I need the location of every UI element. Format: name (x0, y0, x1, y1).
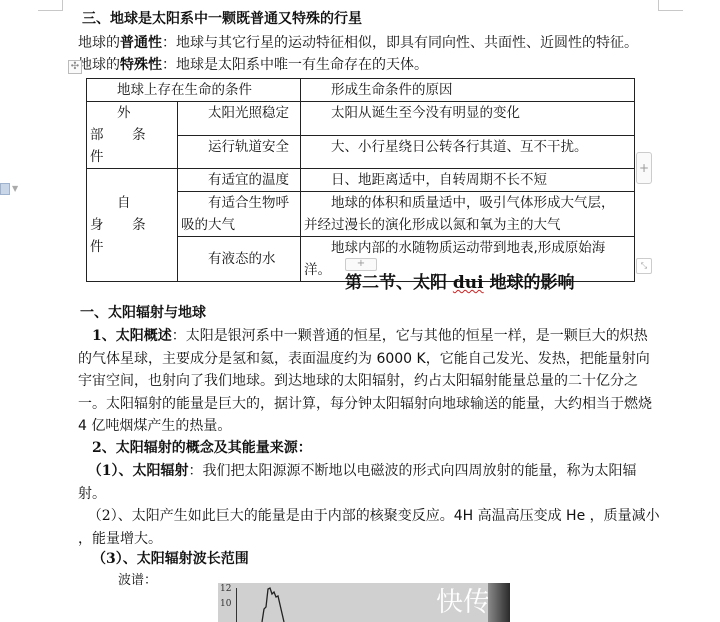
part1-title: 一、太阳辐射与地球 (80, 303, 206, 323)
header-conditions[interactable]: 地球上存在生命的条件 (87, 79, 301, 102)
special-term: 特殊性 (120, 57, 162, 73)
special-prefix: 地球的 (78, 57, 120, 73)
page-corner-mark (38, 0, 63, 11)
table-resize-handle-icon[interactable]: ⤡ (636, 258, 652, 274)
special-line: 地球的特殊性：地球是太阳系中唯一有生命存在的天体。 (78, 55, 428, 75)
header-reasons[interactable]: 形成生命条件的原因 (301, 79, 635, 102)
sun-overview-paragraph: 1、太阳概述：太阳是银河系中一颗普通的恒星，它与其他的恒星一样，是一颗巨大的炽热… (78, 325, 660, 438)
ordinary-text: ：地球与其它行星的运动特征相似，即具有同向性、共面性、近圆性的特征。 (162, 35, 638, 51)
overview-label: 1、太阳概述 (92, 328, 172, 344)
watermark-text: 快传 (436, 583, 490, 622)
condition-cell[interactable]: 有液态的水 (178, 237, 301, 282)
table-row: 自 身 条 件 有适宜的温度 日、地距离适中，自转周期不长不短 (87, 169, 635, 192)
definition-paragraph: （1）、太阳辐射：我们把太阳源源不断地以电磁波的形式向四周放射的能量，称为太阳辐… (78, 460, 660, 505)
document-icon[interactable] (0, 183, 10, 195)
spectrum-figure: 12 10 快传 (218, 583, 510, 622)
special-text: ：地球是太阳系中唯一有生命存在的天体。 (162, 57, 428, 73)
group-label-external[interactable]: 外 部 条 件 (87, 102, 178, 169)
energy-label: （2） (88, 508, 118, 524)
page-corner-mark (658, 0, 683, 11)
reason-cell[interactable]: 地球的体积和质量适中，吸引气体形成大气层， 并经过漫长的演化形成以氮和氧为主的大… (301, 192, 635, 237)
definition-label: （1）、太阳辐射 (88, 463, 189, 479)
group-label-line: 自 身 条 (90, 192, 174, 236)
section-3-title: 三、地球是太阳系中一颗既普通又特殊的行星 (82, 9, 362, 29)
dropdown-caret-icon[interactable]: ▼ (12, 184, 18, 193)
ordinary-term: 普通性 (120, 35, 162, 51)
heading-suffix: 地球的影响 (484, 273, 575, 293)
group-label-internal[interactable]: 自 身 条 件 (87, 169, 178, 282)
table-move-handle-icon[interactable]: ✣ (68, 60, 82, 74)
group-label-line: 外 部 条 (90, 102, 174, 146)
spellcheck-flagged-word[interactable]: dui (453, 273, 484, 293)
cell-line: 有适合生物呼 (181, 192, 297, 214)
energy-text: 、太阳产生如此巨大的能量是由于内部的核聚变反应。4H 高温高压变成 He ，质量… (78, 508, 660, 547)
reason-cell[interactable]: 太阳从诞生至今没有明显的变化 (301, 102, 635, 136)
cell-line: 地球的体积和质量适中，吸引气体形成大气层， (304, 192, 631, 214)
group-label-line: 件 (90, 236, 174, 258)
watermark-fade (488, 583, 510, 622)
ordinary-line: 地球的普通性：地球与其它行星的运动特征相似，即具有同向性、共面性、近圆性的特征。 (78, 33, 638, 53)
reason-cell[interactable]: 大、小行星绕日公转各行其道、互不干扰。 (301, 135, 635, 169)
condition-cell[interactable]: 运行轨道安全 (178, 135, 301, 169)
condition-cell[interactable]: 太阳光照稳定 (178, 102, 301, 136)
concept-title: 2、太阳辐射的概念及其能量来源： (92, 438, 312, 458)
condition-cell[interactable]: 有适宜的温度 (178, 169, 301, 192)
range-title: （3）、太阳辐射波长范围 (92, 549, 249, 569)
spectrum-label: 波谱： (118, 571, 157, 591)
cell-line: 并经过漫长的演化形成以氮和氧为主的大气 (304, 214, 631, 236)
heading-prefix: 第二节、太阳 (345, 273, 453, 293)
condition-cell[interactable]: 有适合生物呼 吸的大气 (178, 192, 301, 237)
cell-line: 地球内部的水随物质运动带到地表,形成原始海 (304, 237, 631, 259)
energy-paragraph: （2）、太阳产生如此巨大的能量是由于内部的核聚变反应。4H 高温高压变成 He … (78, 505, 660, 550)
table-header-row: 地球上存在生命的条件 形成生命条件的原因 (87, 79, 635, 102)
group-label-line: 件 (90, 146, 174, 168)
ordinary-prefix: 地球的 (78, 35, 120, 51)
cell-line: 吸的大气 (181, 214, 297, 236)
table-row: 外 部 条 件 太阳光照稳定 太阳从诞生至今没有明显的变化 (87, 102, 635, 136)
life-conditions-table: 地球上存在生命的条件 形成生命条件的原因 外 部 条 件 太阳光照稳定 太阳从诞… (86, 78, 635, 282)
add-column-button[interactable]: + (636, 152, 652, 184)
section-heading: 第二节、太阳 dui 地球的影响 (345, 268, 575, 293)
reason-cell[interactable]: 日、地距离适中，自转周期不长不短 (301, 169, 635, 192)
